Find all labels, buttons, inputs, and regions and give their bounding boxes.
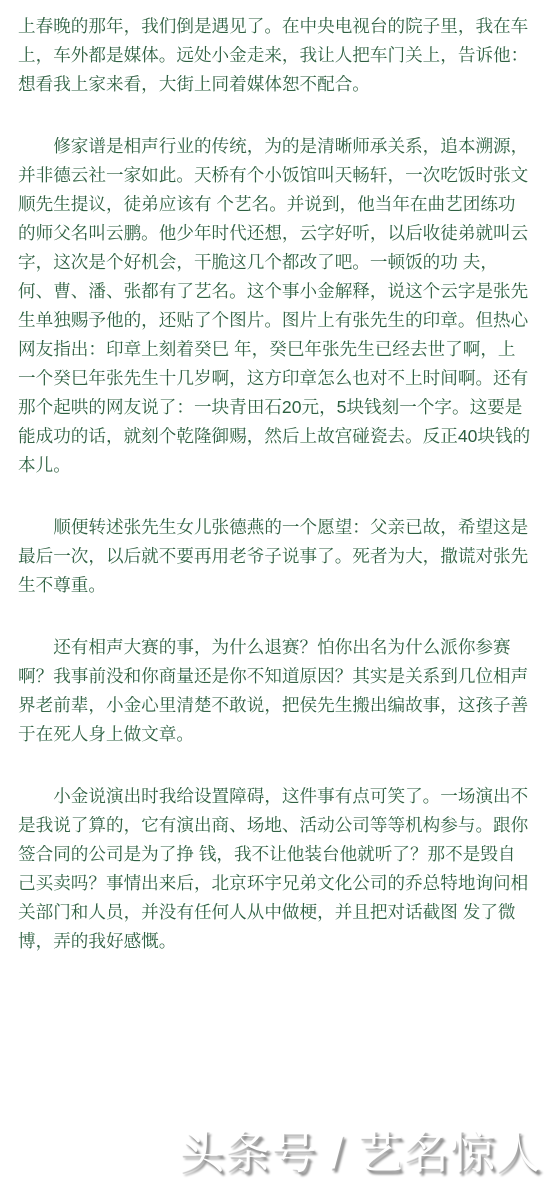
article-page: 上春晚的那年，我们倒是遇见了。在中央电视台的院子里，我在车上，车外都是媒体。远处… (0, 0, 550, 1190)
article-paragraph: 小金说演出时我给设置障碍，这件事有点可笑了。一场演出不是我说了算的，它有演出商、… (18, 782, 533, 956)
article-paragraph: 修家谱是相声行业的传统，为的是清晰师承关系，追本溯源，并非德云社一家如此。天桥有… (18, 132, 533, 480)
article-paragraph: 顺便转述张先生女儿张德燕的一个愿望：父亲已故，希望这是最后一次，以后就不要再用老… (18, 513, 533, 600)
article-paragraph: 还有相声大赛的事，为什么退赛？怕你出名为什么派你参赛啊？我事前没和你商量还是你不… (18, 633, 533, 749)
article-paragraph: 上春晚的那年，我们倒是遇见了。在中央电视台的院子里，我在车上，车外都是媒体。远处… (18, 12, 533, 99)
article-body: 上春晚的那年，我们倒是遇见了。在中央电视台的院子里，我在车上，车外都是媒体。远处… (0, 0, 550, 956)
toutiao-watermark: 头条号 / 艺名惊人 (179, 1116, 542, 1181)
